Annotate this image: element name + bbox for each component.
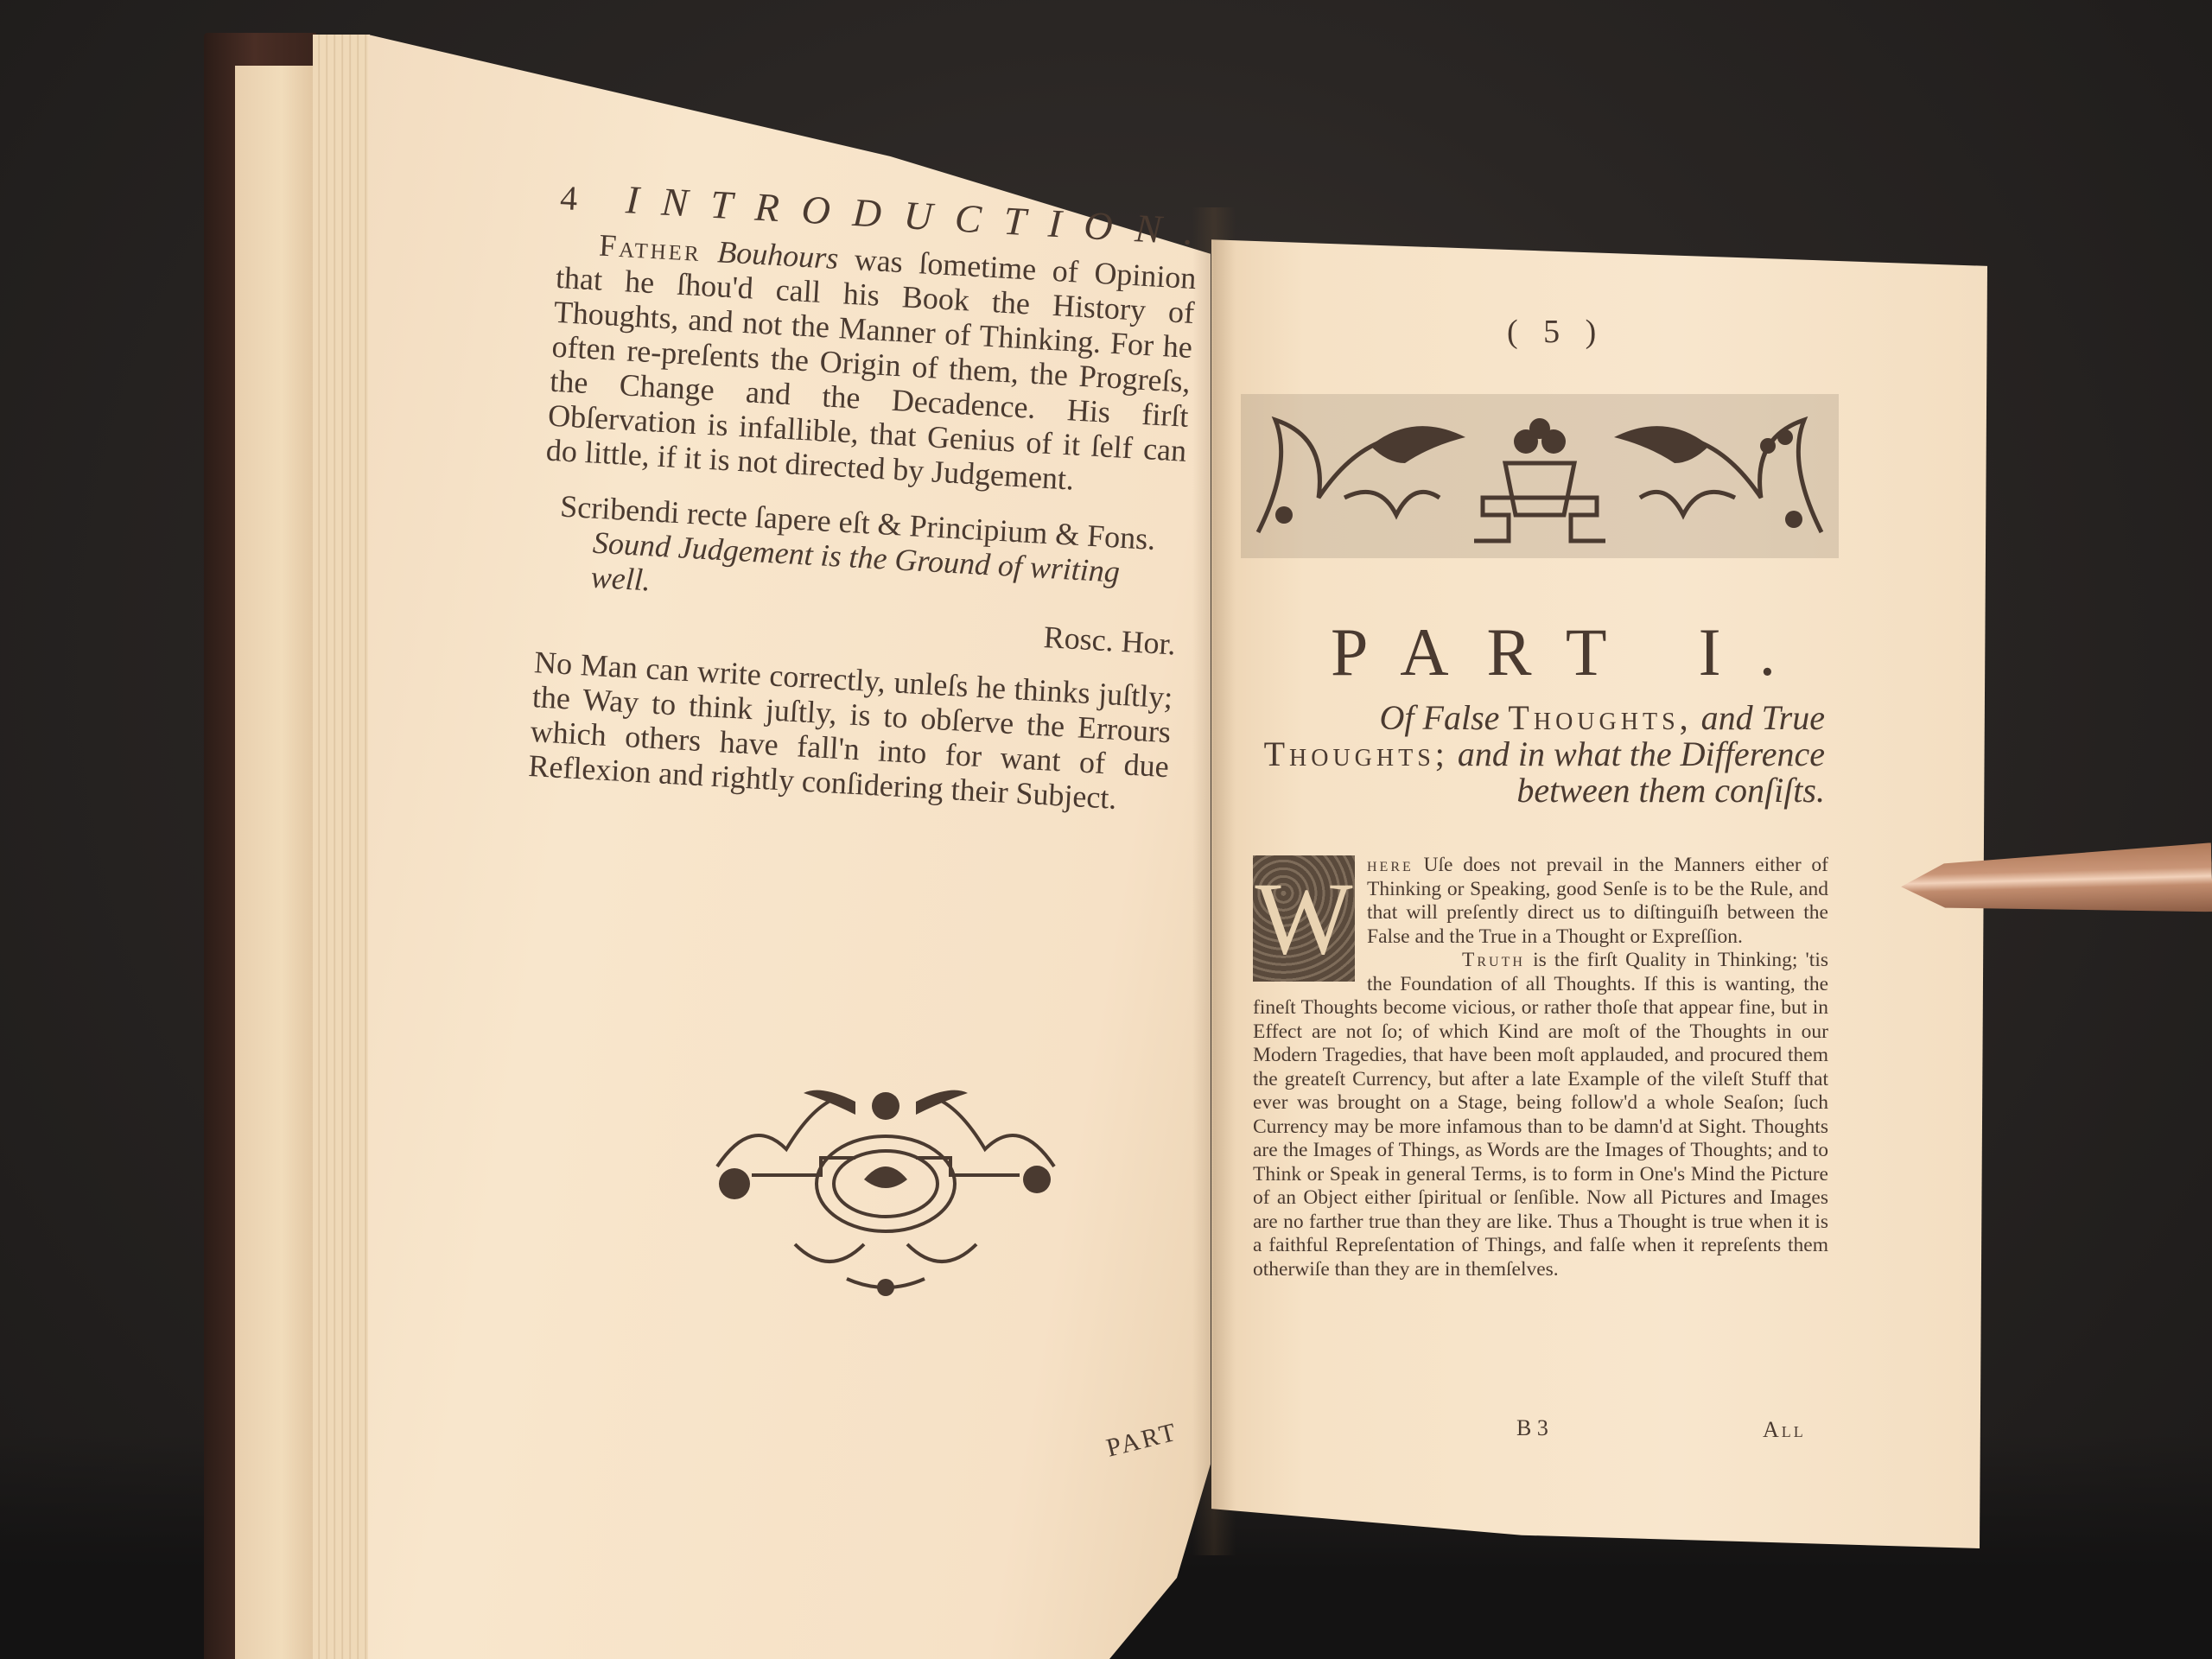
lead-smallcaps: here <box>1367 854 1414 876</box>
page-number: ( 5 ) <box>1507 313 1605 351</box>
lead-smallcaps: Father <box>598 228 702 269</box>
pastedown-endpaper <box>235 66 313 1659</box>
page-edges-stack <box>313 35 370 1659</box>
subtitle-segment: Thoughts; <box>1264 734 1449 773</box>
subtitle-segment: Thoughts, <box>1508 698 1692 737</box>
left-page-text: 4 INTRODUCTION. Father Bouhours was ſome… <box>528 173 1200 818</box>
catchword: All <box>1763 1417 1806 1443</box>
gutter-shadow <box>1192 207 1236 1555</box>
part-one-text: W here Uſe does not prevail in the Manne… <box>1253 854 1828 1281</box>
signature-mark: B 3 <box>1516 1415 1548 1441</box>
subtitle-segment: Of False <box>1380 698 1500 737</box>
part-subtitle: Of False Thoughts, and True Thoughts; an… <box>1255 700 1825 809</box>
subtitle-segment: and in what the Difference between them … <box>1458 734 1825 810</box>
verse-quotation: Scribendi recte ſapere eſt & Principium … <box>537 487 1183 661</box>
tailpiece-ornament-icon <box>665 1071 1106 1305</box>
subtitle-segment: and True <box>1701 698 1825 737</box>
part-title: PART I. <box>1331 613 1814 691</box>
paragraph-text: is the firſt Quality in Thinking; 'tis t… <box>1253 949 1828 1281</box>
drop-cap-letter: W <box>1253 855 1355 982</box>
lead-smallcaps: Truth <box>1462 949 1525 971</box>
paragraph-text: Uſe does not prevail in the Manners eith… <box>1367 854 1828 948</box>
introduction-paragraph-1: Father Bouhours was ſometime of Opinion … <box>545 226 1197 503</box>
paragraph-text: was ſometime of Opinion that he ſhou'd c… <box>545 242 1197 497</box>
drop-cap-ornament-icon: W <box>1253 855 1355 982</box>
page-number: 4 <box>559 177 579 219</box>
photo-scene: 4 INTRODUCTION. Father Bouhours was ſome… <box>0 0 2212 1659</box>
headpiece-ornament-icon <box>1241 394 1839 558</box>
part-one-paragraph-2: Truth is the firſt Quality in Thinking; … <box>1253 949 1828 1281</box>
